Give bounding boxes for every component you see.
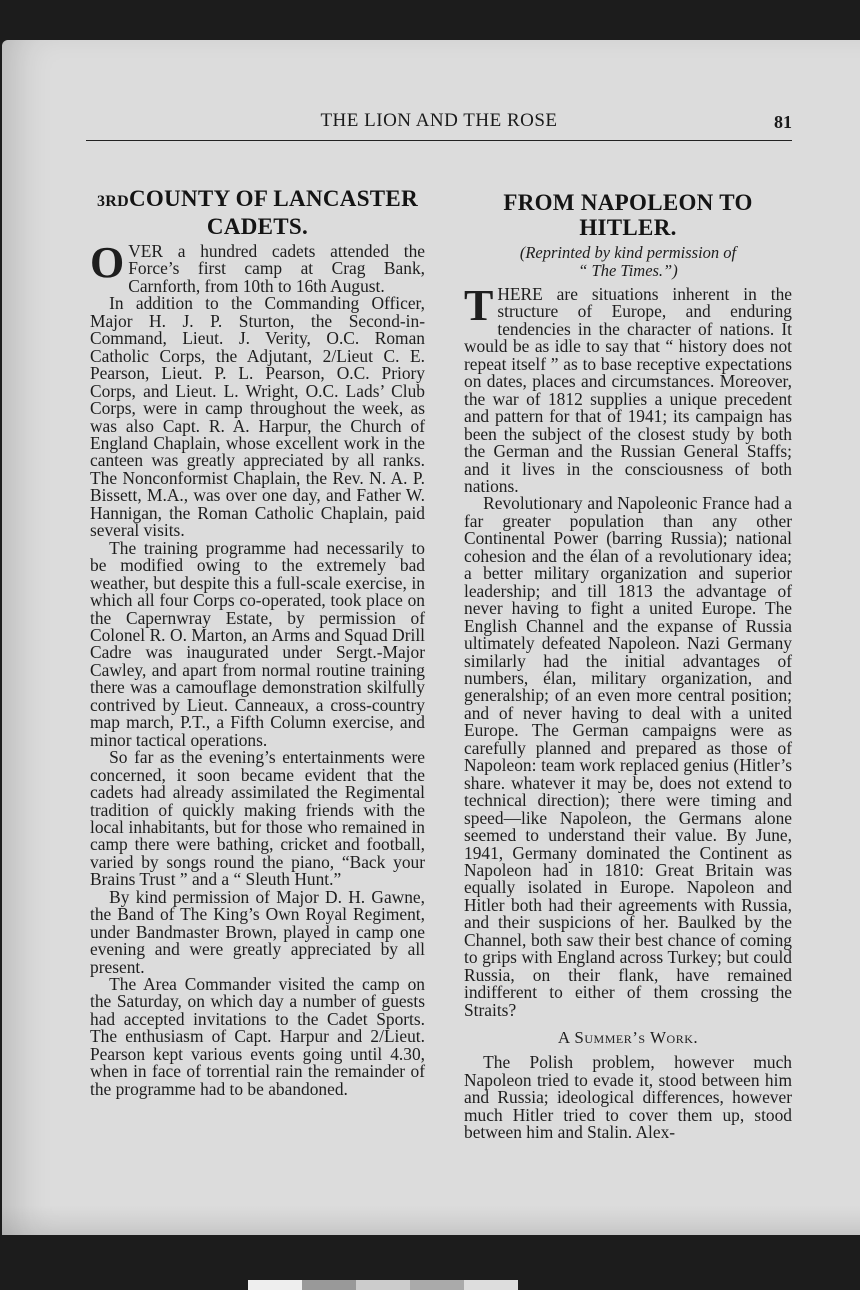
paragraph: Revolutionary and Napoleonic France had … (464, 495, 792, 1019)
byline-line-2: “ The Times.”) (578, 261, 677, 280)
heading-prefix: 3RD (97, 193, 129, 210)
article-heading-cadets: 3RDCOUNTY OF LANCASTER CADETS. (90, 186, 425, 239)
paragraph: In addition to the Commanding Officer, M… (90, 295, 425, 539)
running-title: THE LION AND THE ROSE (86, 110, 792, 132)
heading-line-1: FROM NAPOLEON TO (503, 190, 752, 215)
byline-line-1: (Reprinted by kind permission of (520, 243, 736, 262)
article-heading-napoleon: FROM NAPOLEON TO HITLER. (464, 190, 792, 240)
heading-line-2: HITLER. (579, 215, 676, 240)
paragraph: The training programme had necessarily t… (90, 540, 425, 749)
magazine-page: THE LION AND THE ROSE 81 3RDCOUNTY OF LA… (2, 40, 860, 1235)
dropcap: O (90, 246, 124, 280)
running-head: THE LION AND THE ROSE 81 (86, 110, 792, 141)
paragraph: THERE are situations inherent in the str… (464, 286, 792, 495)
right-column: FROM NAPOLEON TO HITLER. (Reprinted by k… (464, 190, 792, 1142)
paragraph: The Area Commander visited the camp on t… (90, 976, 425, 1098)
paragraph: The Polish problem, however much Napoleo… (464, 1054, 792, 1141)
paragraph: OVER a hundred cadets attended the Force… (90, 243, 425, 295)
heading-line-2: CADETS. (207, 214, 308, 239)
paragraph-text: HERE are situations inherent in the stru… (464, 284, 792, 496)
paragraph: By kind permission of Major D. H. Gawne,… (90, 889, 425, 976)
scan-calibration-strip (248, 1280, 518, 1290)
heading-line-1: COUNTY OF LANCASTER (129, 186, 418, 211)
page-number: 81 (774, 112, 792, 133)
paragraph: So far as the evening’s entertainments w… (90, 749, 425, 889)
dropcap: T (464, 289, 493, 323)
left-column: 3RDCOUNTY OF LANCASTER CADETS. OVER a hu… (90, 186, 425, 1098)
paragraph-text: VER a hundred cadets attended the Force’… (128, 241, 425, 296)
byline: (Reprinted by kind permission of “ The T… (464, 244, 792, 280)
subheading: A Summer’s Work. (464, 1029, 792, 1046)
